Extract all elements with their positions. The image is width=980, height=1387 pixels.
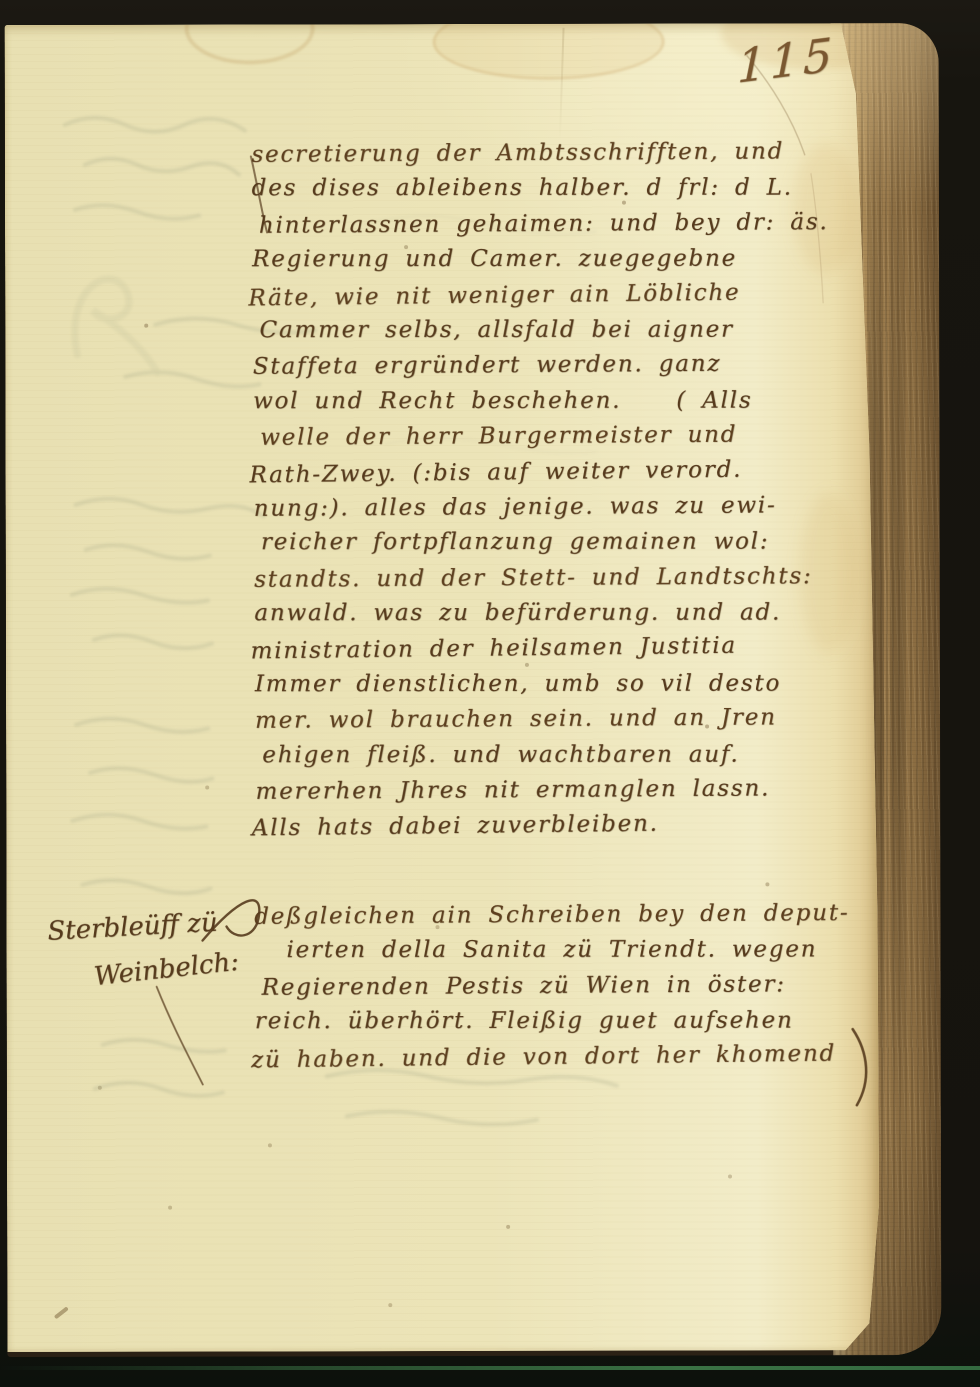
text-line-17: mer. wol brauchen sein. und an Jren — [255, 700, 861, 739]
text-line-7: Staffeta ergründert werden. ganz — [253, 346, 859, 385]
text-line-3: hinterlassnen gehaimen: und bey dr: äs. — [259, 205, 858, 244]
margin-note: Sterbleüff zü Weinbelch: — [46, 900, 240, 998]
text-line-18: ehigen fleiß. und wachtbaren auf. — [262, 737, 861, 773]
text-line-20: Alls hats dabei zuverbleiben. — [252, 805, 862, 848]
text-line-12: reicher fortpflanzung gemainen wol: — [261, 525, 860, 561]
manuscript-page: 115 secretierung der Ambtsschrifften, un… — [5, 23, 880, 1357]
text-line-13: standts. und der Stett- und Landtschts: — [254, 559, 860, 598]
paper-specks — [5, 25, 7, 27]
text-line-1: secretierung der Ambtsschrifften, und — [251, 134, 857, 173]
text-line-1: deßgleichen ain Schreiben bey den deput- — [254, 896, 860, 935]
text-line-16: Immer dienstlichen, umb so vil desto — [255, 666, 861, 702]
text-line-8: wol und Recht beschehen. ( Alls — [253, 383, 859, 419]
second-text-block: deßgleichen ain Schreiben bey den deput-… — [254, 896, 861, 1077]
book-block: 115 secretierung der Ambtsschrifften, un… — [5, 23, 942, 1357]
text-line-5: zü haben. und die von dort her khomend — [251, 1036, 861, 1079]
page-stain-ring — [433, 23, 665, 80]
text-line-4: reich. überhört. Fleißig guet aufsehen — [255, 1004, 861, 1040]
text-line-4: Regierung und Camer. zuegegebne — [252, 242, 858, 278]
text-line-10: Rath-Zwey. (:bis auf weiter verord. — [249, 451, 859, 494]
text-line-14: anwald. was zu befürderung. und ad. — [254, 596, 860, 632]
manuscript-scan: 115 secretierung der Ambtsschrifften, un… — [0, 0, 980, 1387]
folio-number: 115 — [737, 27, 837, 94]
ink-mark — [54, 1306, 69, 1319]
scanner-cradle-line — [0, 1366, 980, 1370]
text-line-2: ierten della Sanita zü Triendt. wegen — [286, 933, 860, 969]
fore-edge-streak — [889, 23, 906, 1355]
text-line-15: ministration der heilsamen Justitia — [250, 628, 860, 671]
text-line-19: mererhen Jhres nit ermanglen lassn. — [255, 771, 861, 810]
paper-crease — [559, 28, 565, 140]
text-line-5: Räte, wie nit weniger ain Löbliche — [248, 274, 858, 317]
page-stain-ring — [185, 23, 315, 65]
text-line-9: welle der herr Burgermeister und — [260, 417, 859, 456]
text-line-3: Regierenden Pestis zü Wien in öster: — [262, 967, 861, 1006]
text-line-11: nung:). alles das jenige. was zu ewi- — [254, 488, 860, 527]
text-line-6: Cammer selbs, allsfald bei aigner — [260, 312, 859, 348]
text-line-2: des dises ableibens halber. d frl: d L. — [252, 171, 858, 207]
main-text-block: secretierung der Ambtsschrifften, unddes… — [251, 134, 862, 846]
